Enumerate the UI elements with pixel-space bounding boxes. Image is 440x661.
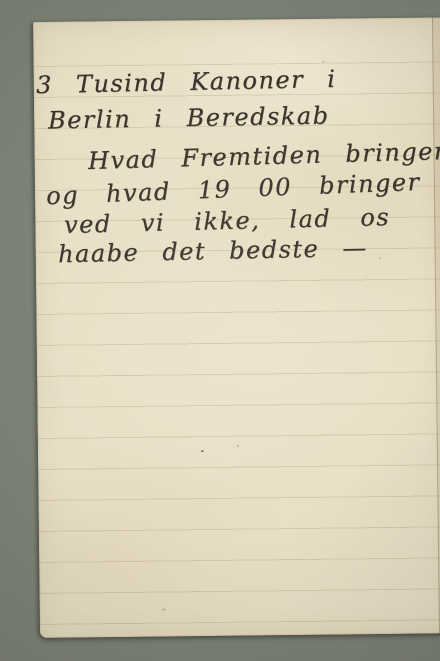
handwritten-text-block: 3 Tusind Kanoner i Berlin i Beredskab Hv…: [0, 0, 440, 661]
handwriting-line-1: 3 Tusind Kanoner i: [36, 67, 337, 97]
handwriting-line-3: Hvad Fremtiden bringer: [88, 139, 440, 173]
handwriting-line-6: haabe det bedste —: [58, 236, 368, 266]
handwriting-line-5: ved vi ikke, lad os: [64, 205, 391, 237]
handwriting-line-4: og hvad 19 00 bringer: [46, 170, 421, 208]
handwriting-line-2: Berlin i Beredskab: [48, 104, 330, 133]
photo-of-handwritten-note: 3 Tusind Kanoner i Berlin i Beredskab Hv…: [0, 0, 440, 661]
